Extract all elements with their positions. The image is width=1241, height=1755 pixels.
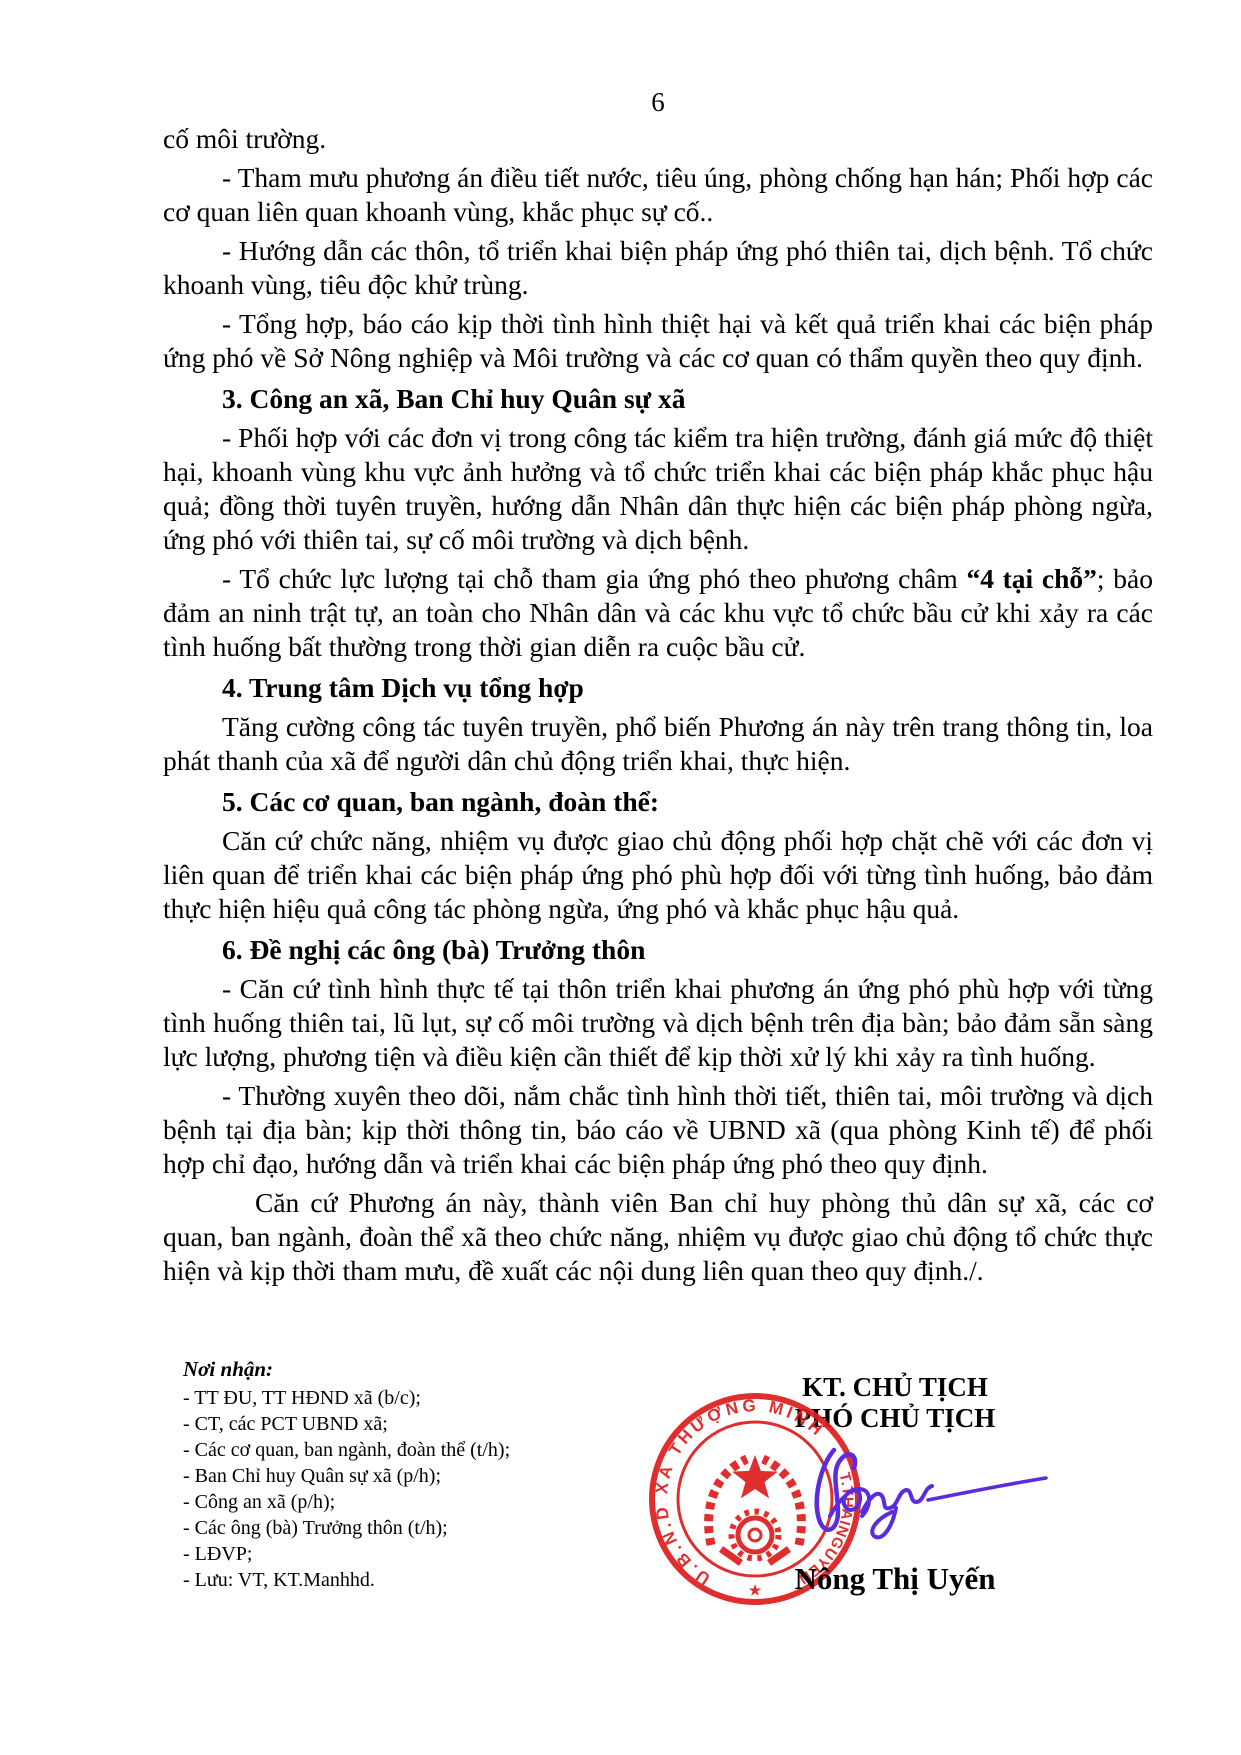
document-body: cố môi trường.- Tham mưu phương án điều …: [163, 122, 1153, 1288]
recipient-item: - CT, các PCT UBND xã;: [183, 1411, 603, 1437]
signer-name: Nông Thị Uyến: [640, 1562, 1150, 1596]
recipient-item: - Ban Chỉ huy Quân sự xã (p/h);: [183, 1463, 603, 1489]
emblem-star: [732, 1455, 778, 1498]
section-heading: 5. Các cơ quan, ban ngành, đoàn thể:: [163, 785, 1153, 819]
recipient-item: - LĐVP;: [183, 1541, 603, 1567]
recipient-item: - Công an xã (p/h);: [183, 1489, 603, 1515]
section-heading: 4. Trung tâm Dịch vụ tổng hợp: [163, 671, 1153, 705]
paragraph: - Phối hợp với các đơn vị trong công tác…: [163, 421, 1153, 557]
recipients-title: Nơi nhận:: [183, 1356, 603, 1382]
paragraph: Căn cứ chức năng, nhiệm vụ được giao chủ…: [163, 824, 1153, 926]
paragraph: - Tổng hợp, báo cáo kịp thời tình hình t…: [163, 307, 1153, 375]
handwritten-signature: [800, 1430, 1056, 1550]
national-emblem-icon: [709, 1455, 802, 1563]
section-heading: 3. Công an xã, Ban Chỉ huy Quân sự xã: [163, 382, 1153, 416]
paragraph: - Tham mưu phương án điều tiết nước, tiê…: [163, 161, 1153, 229]
paragraph: - Hướng dẫn các thôn, tổ triển khai biện…: [163, 234, 1153, 302]
paragraph: Tăng cường công tác tuyên truyền, phổ bi…: [163, 710, 1153, 778]
recipients-block: Nơi nhận: - TT ĐU, TT HĐND xã (b/c);- CT…: [183, 1356, 603, 1593]
recipient-item: - Các cơ quan, ban ngành, đoàn thể (t/h)…: [183, 1437, 603, 1463]
document-page: 6 cố môi trường.- Tham mưu phương án điề…: [0, 0, 1241, 1755]
recipient-item: - TT ĐU, TT HĐND xã (b/c);: [183, 1385, 603, 1411]
recipients-list: - TT ĐU, TT HĐND xã (b/c);- CT, các PCT …: [183, 1385, 603, 1593]
paragraph: Căn cứ Phương án này, thành viên Ban chỉ…: [163, 1186, 1153, 1288]
section-heading: 6. Đề nghị các ông (bà) Trưởng thôn: [163, 933, 1153, 967]
recipient-item: - Các ông (bà) Trưởng thôn (t/h);: [183, 1515, 603, 1541]
recipient-item: - Lưu: VT, KT.Manhhd.: [183, 1567, 603, 1593]
paragraph: cố môi trường.: [163, 122, 1153, 156]
paragraph: - Căn cứ tình hình thực tế tại thôn triể…: [163, 972, 1153, 1074]
paragraph: - Tổ chức lực lượng tại chỗ tham gia ứng…: [163, 562, 1153, 664]
paragraph: - Thường xuyên theo dõi, nắm chắc tình h…: [163, 1079, 1153, 1181]
page-number: 6: [163, 88, 1153, 116]
